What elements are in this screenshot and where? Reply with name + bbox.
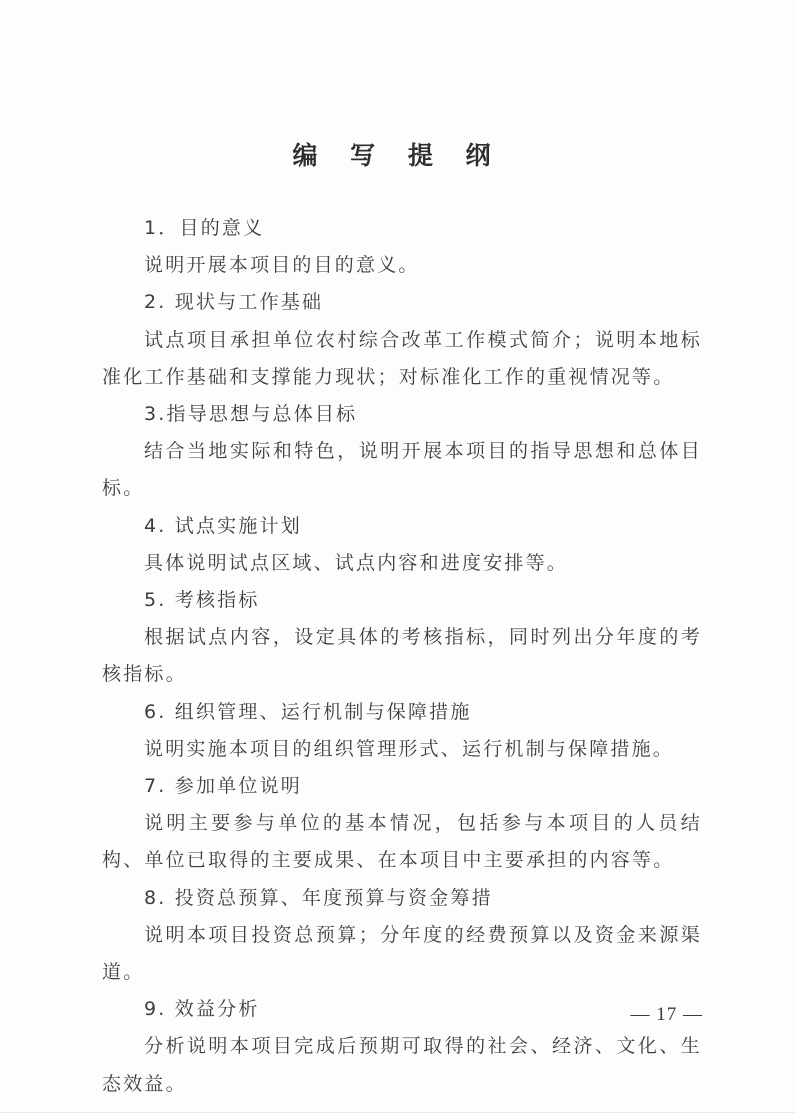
section-text: 根据试点内容，设定具体的考核指标，同时列出分年度的考核指标。 (102, 619, 702, 693)
section-text: 试点项目承担单位农村综合改革工作模式简介；说明本地标准化工作基础和支撑能力现状；… (102, 322, 702, 396)
section-text: 结合当地实际和特色，说明开展本项目的指导思想和总体目标。 (102, 433, 702, 507)
section-7: 7. 参加单位说明 说明主要参与单位的基本情况，包括参与本项目的人员结构、单位已… (102, 768, 702, 880)
section-9: 9. 效益分析 分析说明本项目完成后预期可取得的社会、经济、文化、生态效益。 (102, 991, 702, 1103)
page-title: 编 写 提 纲 (0, 136, 795, 172)
section-text: 说明主要参与单位的基本情况，包括参与本项目的人员结构、单位已取得的主要成果、在本… (102, 805, 702, 879)
section-heading: 4. 试点实施计划 (102, 508, 702, 545)
section-3: 3.指导思想与总体目标 结合当地实际和特色，说明开展本项目的指导思想和总体目标。 (102, 396, 702, 508)
section-text: 说明开展本项目的目的意义。 (102, 247, 702, 284)
section-6: 6. 组织管理、运行机制与保障措施 说明实施本项目的组织管理形式、运行机制与保障… (102, 694, 702, 768)
section-text: 说明实施本项目的组织管理形式、运行机制与保障措施。 (102, 731, 702, 768)
section-5: 5. 考核指标 根据试点内容，设定具体的考核指标，同时列出分年度的考核指标。 (102, 582, 702, 694)
section-1: 1．目的意义 说明开展本项目的目的意义。 (102, 210, 702, 284)
section-heading: 5. 考核指标 (102, 582, 702, 619)
section-heading: 7. 参加单位说明 (102, 768, 702, 805)
section-text: 分析说明本项目完成后预期可取得的社会、经济、文化、生态效益。 (102, 1028, 702, 1102)
section-heading: 2. 现状与工作基础 (102, 284, 702, 321)
section-heading: 3.指导思想与总体目标 (102, 396, 702, 433)
section-text: 具体说明试点区域、试点内容和进度安排等。 (102, 545, 702, 582)
section-8: 8. 投资总预算、年度预算与资金筹措 说明本项目投资总预算；分年度的经费预算以及… (102, 880, 702, 992)
outline-body: 1．目的意义 说明开展本项目的目的意义。 2. 现状与工作基础 试点项目承担单位… (102, 210, 702, 1103)
page-bottom-edge (0, 1112, 795, 1113)
page-number: — 17 — (631, 1004, 704, 1026)
section-heading: 6. 组织管理、运行机制与保障措施 (102, 694, 702, 731)
section-4: 4. 试点实施计划 具体说明试点区域、试点内容和进度安排等。 (102, 508, 702, 582)
section-2: 2. 现状与工作基础 试点项目承担单位农村综合改革工作模式简介；说明本地标准化工… (102, 284, 702, 396)
section-text: 说明本项目投资总预算；分年度的经费预算以及资金来源渠道。 (102, 917, 702, 991)
section-heading: 1．目的意义 (102, 210, 702, 247)
section-heading: 8. 投资总预算、年度预算与资金筹措 (102, 880, 702, 917)
document-page: 编 写 提 纲 1．目的意义 说明开展本项目的目的意义。 2. 现状与工作基础 … (0, 0, 795, 1120)
section-heading: 9. 效益分析 (102, 991, 702, 1028)
